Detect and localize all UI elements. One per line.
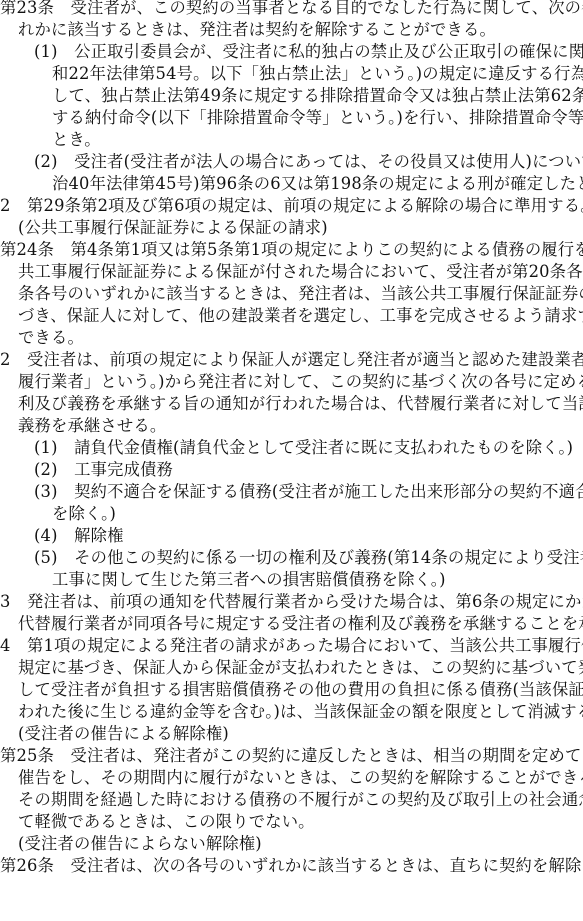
article-25-text: て軽微であるときは、この限りでない。: [0, 811, 583, 833]
article-23-item-2: (2) 受注者(受注者が法人の場合にあっては、その役員又は使用人)について、刑法…: [0, 151, 583, 173]
article-26-caption: (受注者の催告によらない解除権): [0, 833, 583, 855]
article-24-item-4: (4) 解除権: [0, 525, 583, 547]
article-24-paragraph-4-cont: われた後に生じる違約金等を含む。)は、当該保証金の額を限度として消滅する。: [0, 701, 583, 723]
article-24-item-3-cont: を除く。): [0, 503, 583, 525]
article-24-paragraph-4-cont: して受注者が負担する損害賠償債務その他の費用の負担に係る債務(当該保証金の支払: [0, 679, 583, 701]
article-24-heading: 第24条 第4条第1項又は第5条第1項の規定によりこの契約による債務の履行を保証…: [0, 239, 583, 261]
article-24-item-1: (1) 請負代金債権(請負代金として受注者に既に支払われたものを除く。): [0, 437, 583, 459]
article-25-heading: 第25条 受注者は、発注者がこの契約に違反したときは、相当の期間を定めてその履行…: [0, 745, 583, 767]
article-26-heading: 第26条 受注者は、次の各号のいずれかに該当するときは、直ちに契約を解除すること…: [0, 855, 583, 877]
article-24-text: できる。: [0, 327, 583, 349]
article-23-item-1-cont: する納付命令(以下「排除措置命令等」という。)を行い、排除措置命令等が確定した: [0, 107, 583, 129]
article-24-paragraph-2: 2 受注者は、前項の規定により保証人が選定し発注者が適当と認めた建設業者(以下「…: [0, 349, 583, 371]
article-23-text: れかに該当するときは、発注者は契約を解除することができる。: [0, 19, 583, 41]
article-24-paragraph-3: 3 発注者は、前項の通知を代替履行業者から受けた場合は、第6条の規定にかかわらず…: [0, 591, 583, 613]
article-24-item-5: (5) その他この契約に係る一切の権利及び義務(第14条の規定により受注者が施工…: [0, 547, 583, 569]
article-25-caption: (受注者の催告による解除権): [0, 723, 583, 745]
article-23-item-1: (1) 公正取引委員会が、受注者に私的独占の禁止及び公正取引の確保に関する法律(…: [0, 41, 583, 63]
article-23-item-1-cont: して、独占禁止法第49条に規定する排除措置命令又は独占禁止法第62条第1項に規定: [0, 85, 583, 107]
article-24-text: づき、保証人に対して、他の建設業者を選定し、工事を完成させるよう請求することが: [0, 305, 583, 327]
article-25-text: その期間を経過した時における債務の不履行がこの契約及び取引上の社会通念に照らし: [0, 789, 583, 811]
article-24-item-5-cont: 工事に関して生じた第三者への損害賠償債務を除く。): [0, 569, 583, 591]
article-24-paragraph-4: 4 第1項の規定による発注者の請求があった場合において、当該公共工事履行保証証券…: [0, 635, 583, 657]
article-24-caption: (公共工事履行保証証券による保証の請求): [0, 217, 583, 239]
contract-document: 第23条 受注者が、この契約の当事者となる目的でなした行為に関して、次の各号のい…: [0, 0, 583, 877]
article-23-item-1-cont: 和22年法律第54号。以下「独占禁止法」という。)の規定に違反する行為があったと: [0, 63, 583, 85]
article-24-text: 共工事履行保証証券による保証が付された場合において、受注者が第20条各号又は第2…: [0, 261, 583, 283]
article-24-text: 条各号のいずれかに該当するときは、発注者は、当該公共工事履行保証証券の規定に基: [0, 283, 583, 305]
article-23-item-2-cont: 治40年法律第45号)第96条の6又は第198条の規定による刑が確定したとき。: [0, 173, 583, 195]
article-23-heading: 第23条 受注者が、この契約の当事者となる目的でなした行為に関して、次の各号のい…: [0, 0, 583, 19]
article-24-paragraph-2-cont: 義務を承継させる。: [0, 415, 583, 437]
article-24-item-2: (2) 工事完成債務: [0, 459, 583, 481]
article-24-paragraph-2-cont: 履行業者」という。)から発注者に対して、この契約に基づく次の各号に定める受注者の…: [0, 371, 583, 393]
article-23-paragraph-2: 2 第29条第2項及び第6項の規定は、前項の規定による解除の場合に準用する。: [0, 195, 583, 217]
article-24-paragraph-3-cont: 代替履行業者が同項各号に規定する受注者の権利及び義務を承継することを承諾する。: [0, 613, 583, 635]
article-25-text: 催告をし、その期間内に履行がないときは、この契約を解除することができる。ただし、: [0, 767, 583, 789]
article-24-item-3: (3) 契約不適合を保証する債務(受注者が施工した出来形部分の契約不適合に係るも…: [0, 481, 583, 503]
article-23-item-1-cont: とき。: [0, 129, 583, 151]
article-24-paragraph-4-cont: 規定に基づき、保証人から保証金が支払われたときは、この契約に基づいて発注者に対: [0, 657, 583, 679]
article-24-paragraph-2-cont: 利及び義務を承継する旨の通知が行われた場合は、代替履行業者に対して当該権利及び: [0, 393, 583, 415]
